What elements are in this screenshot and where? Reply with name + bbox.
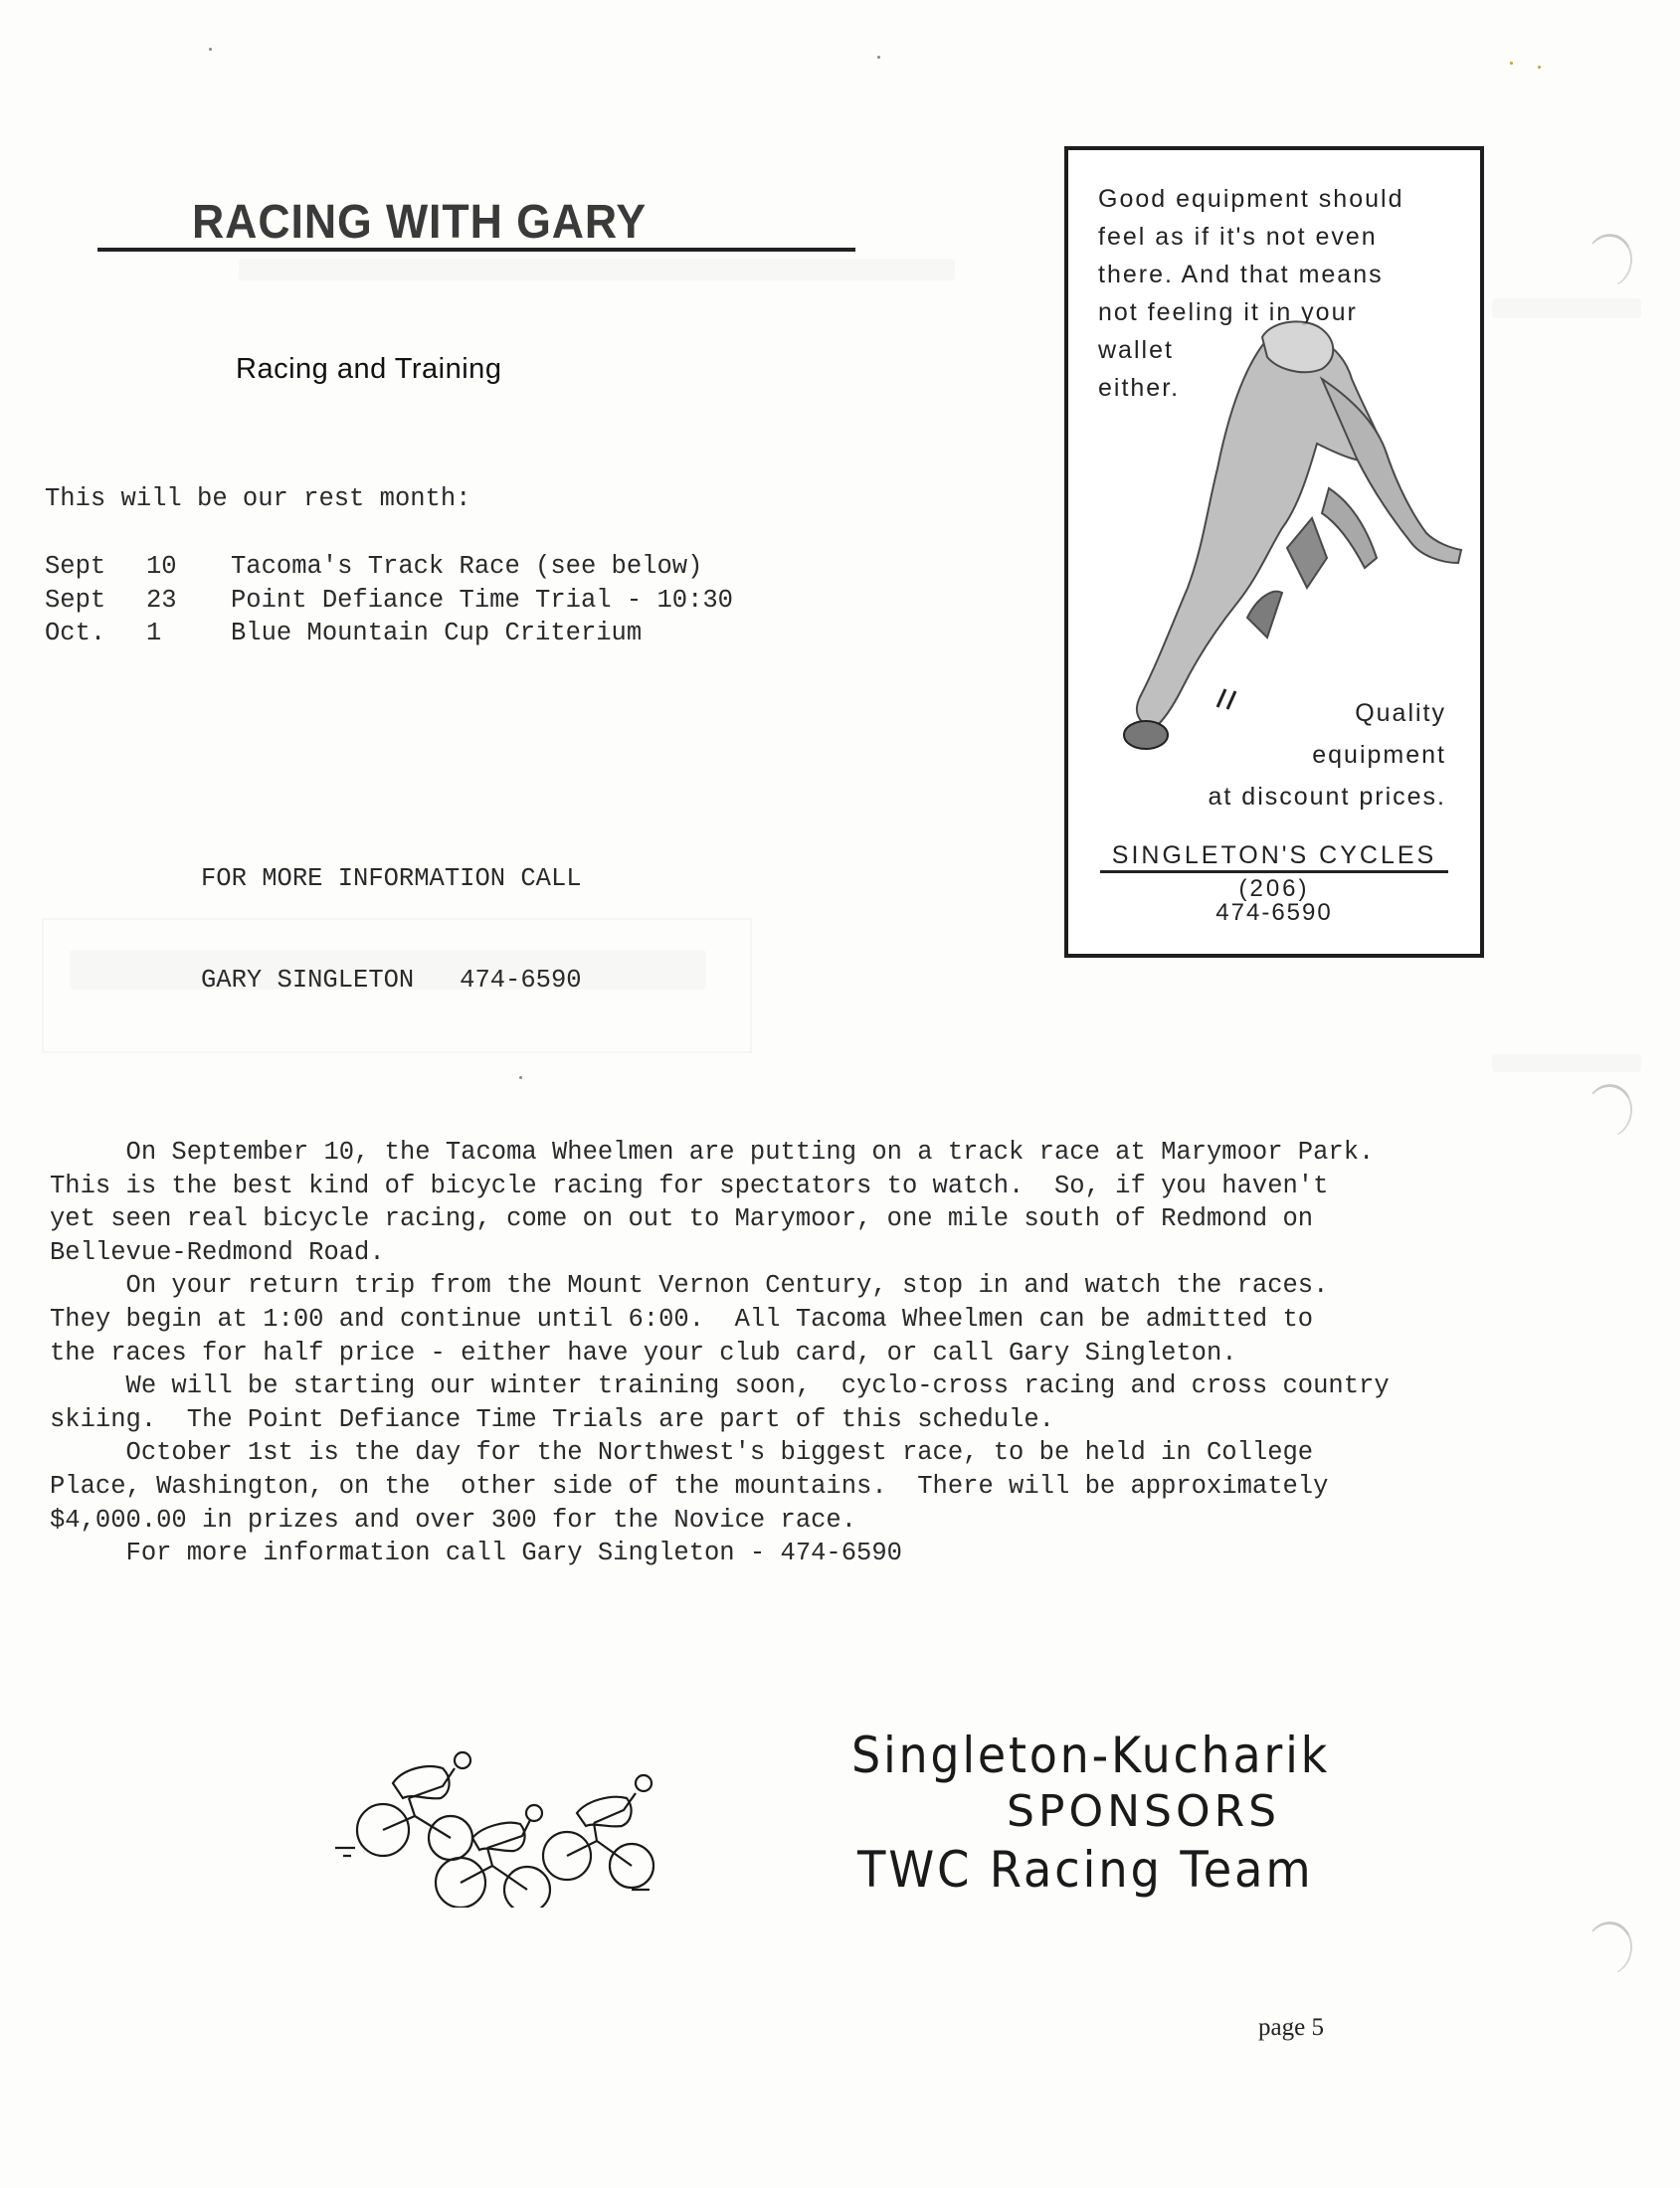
body-line: Place, Washington, on the other side of … <box>50 1474 1562 1508</box>
schedule-day: 23 <box>146 588 177 614</box>
speck <box>209 48 212 51</box>
schedule-day: 10 <box>146 554 177 580</box>
body-line: We will be starting our winter training … <box>50 1373 1562 1407</box>
ad-tagline: Quality equipment at discount prices. <box>1208 692 1446 818</box>
ad-copy-line: feel as if it's not even <box>1098 218 1452 256</box>
ad-tagline-line: at discount prices. <box>1208 776 1446 818</box>
contact-line-1: FOR MORE INFORMATION CALL <box>201 862 582 896</box>
speck <box>1510 62 1513 65</box>
body-line: For more information call Gary Singleton… <box>50 1541 1562 1574</box>
bleed-through-text <box>1492 1054 1641 1072</box>
contact-info: FOR MORE INFORMATION CALL GARY SINGLETON… <box>201 795 582 1065</box>
body-line: On your return trip from the Mount Verno… <box>50 1273 1562 1307</box>
ad-phone-number: 474-6590 <box>1068 901 1480 925</box>
punch-hole-icon <box>1582 1080 1637 1141</box>
bleed-through-text <box>1492 298 1641 318</box>
schedule-event: Blue Mountain Cup Criterium <box>231 621 642 646</box>
schedule-day: 1 <box>146 621 161 646</box>
ad-tagline-line: Quality <box>1208 692 1446 734</box>
body-line: yet seen real bicycle racing, come on ou… <box>50 1206 1562 1240</box>
body-line: October 1st is the day for the Northwest… <box>50 1440 1562 1474</box>
contact-line-2: GARY SINGLETON 474-6590 <box>201 964 582 998</box>
sponsor-team: TWC Racing Team <box>857 1845 1313 1895</box>
racing-cyclists-icon <box>333 1738 661 1908</box>
schedule-event: Point Defiance Time Trial - 10:30 <box>231 588 733 614</box>
sponsor-names: Singleton-Kucharik <box>851 1731 1330 1780</box>
body-line: On September 10, the Tacoma Wheelmen are… <box>50 1140 1562 1174</box>
schedule-month: Sept <box>45 588 105 614</box>
ad-area-code: (206) <box>1068 877 1480 901</box>
intro-text: This will be our rest month: <box>45 486 470 512</box>
heading-underline <box>97 248 855 252</box>
page-number: page 5 <box>1258 2014 1324 2042</box>
body-line: They begin at 1:00 and continue until 6:… <box>50 1307 1562 1341</box>
schedule-month: Sept <box>45 554 105 580</box>
newsletter-page: RACING WITH GARY Racing and Training Thi… <box>0 0 1680 2188</box>
punch-hole-icon <box>1582 1917 1637 1978</box>
bleed-through-text <box>239 259 955 280</box>
ad-tagline-line: equipment <box>1208 734 1446 776</box>
body-line: This is the best kind of bicycle racing … <box>50 1174 1562 1207</box>
body-line: skiing. The Point Defiance Time Trials a… <box>50 1407 1562 1441</box>
body-line: $4,000.00 in prizes and over 300 for the… <box>50 1508 1562 1542</box>
schedule-month: Oct. <box>45 621 105 646</box>
ad-copy-line: Good equipment should <box>1098 180 1452 218</box>
body-line: the races for half price - either have y… <box>50 1341 1562 1374</box>
section-subheading: Racing and Training <box>236 355 501 384</box>
article-body: On September 10, the Tacoma Wheelmen are… <box>50 1140 1562 1574</box>
ad-brand-name: SINGLETON'S CYCLES <box>1100 843 1448 873</box>
ad-copy-line: there. And that means <box>1098 256 1452 293</box>
speck <box>1538 66 1541 69</box>
punch-hole-icon <box>1582 230 1637 290</box>
schedule-event: Tacoma's Track Race (see below) <box>231 554 702 580</box>
singletons-cycles-ad: Good equipment should feel as if it's no… <box>1064 146 1484 958</box>
article-heading: RACING WITH GARY <box>192 199 647 247</box>
sponsor-label: SPONSORS <box>1007 1790 1280 1834</box>
speck <box>519 1076 522 1079</box>
speck <box>877 56 880 59</box>
body-line: Bellevue-Redmond Road. <box>50 1240 1562 1274</box>
